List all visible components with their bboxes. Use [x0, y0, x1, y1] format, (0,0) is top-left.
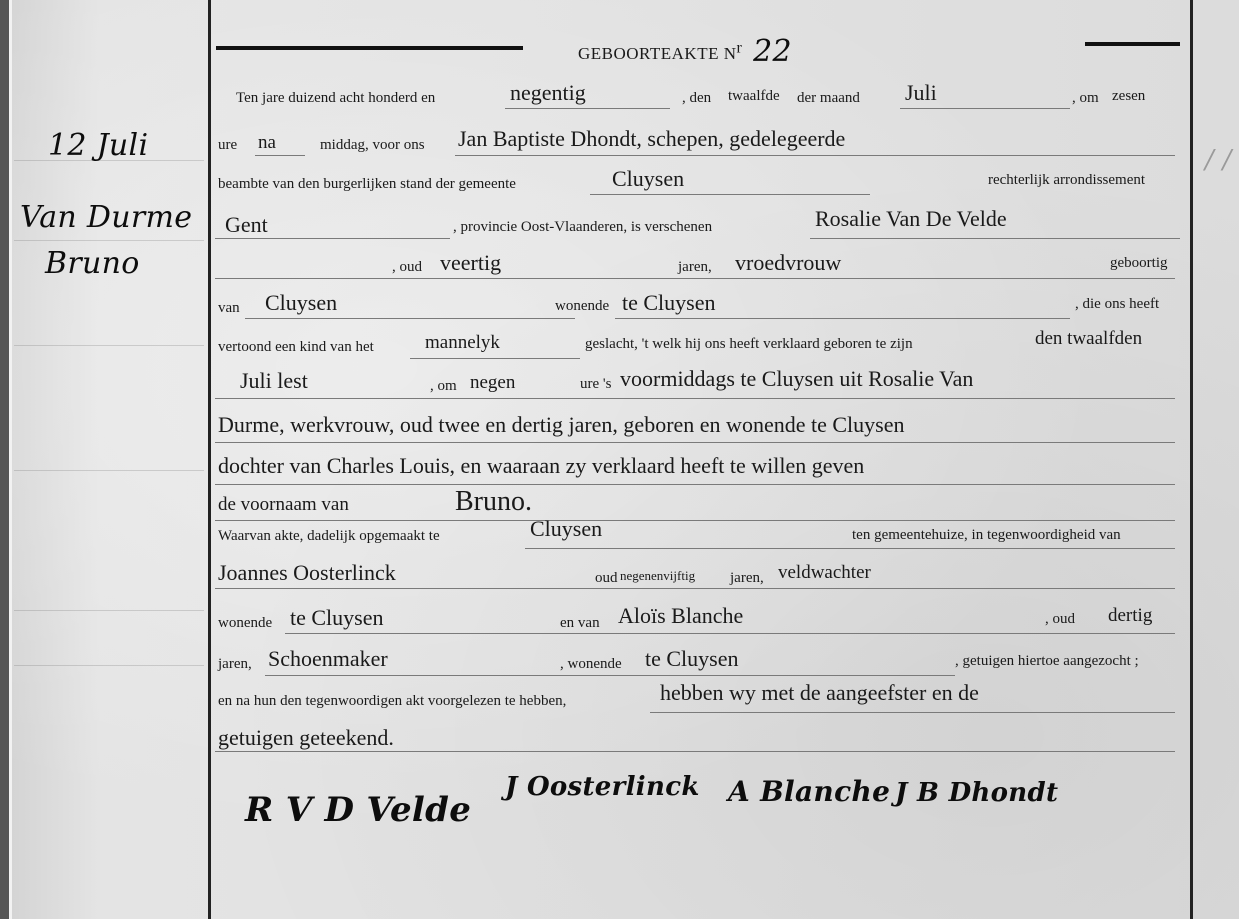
handwritten-arrondissement: Gent — [225, 212, 268, 238]
printed-text: geslacht, 't welk hij ons heeft verklaar… — [585, 336, 913, 353]
printed-text: rechterlijk arrondissement — [988, 172, 1145, 189]
handwritten-occupation: vroedvrouw — [735, 250, 841, 276]
printed-text: , die ons heeft — [1075, 296, 1159, 313]
printed-text: wonende — [555, 298, 609, 315]
printed-text: vertoond een kind van het — [218, 339, 374, 356]
margin-guide-line — [14, 470, 204, 471]
handwritten-witness2-name: Aloïs Blanche — [618, 603, 743, 629]
printed-text: jaren, — [678, 259, 712, 276]
handwritten-hour: zesen — [1112, 88, 1145, 105]
binding-edge — [0, 0, 9, 919]
title-label: GEBOORTEAKTE N — [578, 44, 737, 63]
handwritten-sex: mannelyk — [425, 332, 500, 354]
handwritten-day: twaalfde — [728, 88, 780, 105]
handwritten-witness2-age: dertig — [1108, 605, 1152, 627]
printed-text: , oud — [1045, 611, 1075, 628]
printed-text: , om — [1072, 90, 1099, 107]
handwritten-municipality: Cluysen — [612, 166, 684, 192]
printed-text: , wonende — [560, 656, 622, 673]
printed-text: , den — [682, 90, 711, 107]
margin-note-date: 12 Juli — [48, 128, 148, 163]
printed-text: , provincie Oost-Vlaanderen, is verschen… — [453, 219, 712, 236]
title-rule-right — [1085, 42, 1180, 46]
handwritten-given-name-label: de voornaam van — [218, 494, 349, 516]
handwritten-declarant: Rosalie Van De Velde — [815, 206, 1007, 232]
printed-text: , om — [430, 378, 457, 395]
act-number: 22 — [753, 34, 792, 69]
margin-note-first-name: Bruno — [45, 246, 140, 281]
handwritten-witness2-occupation: Schoenmaker — [268, 646, 388, 672]
handwritten-year: negentig — [510, 80, 586, 106]
handwritten-residence: te Cluysen — [622, 290, 716, 316]
printed-text: van — [218, 300, 240, 317]
binding-highlight — [9, 0, 12, 919]
printed-text: jaren, — [730, 570, 764, 587]
handwritten-birthplace: Cluysen — [265, 290, 337, 316]
stray-pencil-mark: / / — [1205, 145, 1232, 175]
handwritten-birth-details: voormiddags te Cluysen uit Rosalie Van — [620, 366, 973, 392]
handwritten-signing-end: getuigen geteekend. — [218, 725, 394, 751]
printed-text: Ten jare duizend acht honderd en — [236, 90, 435, 107]
handwritten-month: Juli — [905, 80, 937, 106]
handwritten-mother-details: Durme, werkvrouw, oud twee en dertig jar… — [218, 412, 904, 438]
handwritten-act-place: Cluysen — [530, 516, 602, 542]
printed-text: , oud — [392, 259, 422, 276]
printed-text: Waarvan akte, dadelijk opgemaakt te — [218, 528, 440, 545]
printed-text: en van — [560, 615, 600, 632]
handwritten-na: na — [258, 132, 276, 154]
printed-text: ten gemeentehuize, in tegenwoordigheid v… — [852, 527, 1121, 544]
title-rule-left — [216, 46, 523, 50]
title-number-sign: r — [737, 39, 743, 56]
printed-text: beambte van den burgerlijken stand der g… — [218, 176, 516, 193]
handwritten-birth-day: den twaalfden — [1035, 328, 1142, 350]
margin-guide-line — [14, 665, 204, 666]
register-page: 12 Juli Van Durme Bruno GEBOORTEAKTE Nr … — [0, 0, 1239, 919]
printed-text: jaren, — [218, 656, 252, 673]
signature-officer: J B Dhondt — [895, 778, 1058, 808]
printed-text: oud — [595, 570, 618, 587]
margin-divider-rule — [208, 0, 211, 919]
handwritten-parentage: dochter van Charles Louis, en waaraan zy… — [218, 453, 864, 479]
signature-witness1: J Oosterlinck — [505, 772, 700, 802]
handwritten-witness1-residence: te Cluysen — [290, 605, 384, 631]
printed-text: , getuigen hiertoe aangezocht ; — [955, 653, 1139, 670]
handwritten-declarant-age: veertig — [440, 250, 501, 276]
page-title: GEBOORTEAKTE Nr 22 — [578, 32, 792, 67]
handwritten-given-name: Bruno. — [455, 486, 532, 518]
printed-text: middag, voor ons — [320, 137, 425, 154]
printed-text: ure 's — [580, 376, 611, 393]
margin-guide-line — [14, 610, 204, 611]
handwritten-birth-month: Juli lest — [240, 368, 308, 394]
printed-text: geboortig — [1110, 255, 1168, 272]
margin-guide-line — [14, 240, 204, 241]
printed-text: wonende — [218, 615, 272, 632]
handwritten-witness1-occupation: veldwachter — [778, 562, 871, 584]
handwritten-officer: Jan Baptiste Dhondt, schepen, gedelegeer… — [458, 126, 845, 152]
handwritten-witness2-residence: te Cluysen — [645, 646, 739, 672]
margin-guide-line — [14, 345, 204, 346]
signature-declarant: R V D Velde — [245, 790, 471, 830]
handwritten-signing-clause: hebben wy met de aangeefster en de — [660, 680, 979, 706]
printed-text: en na hun den tegenwoordigen akt voorgel… — [218, 693, 566, 710]
signature-witness2: A Blanche — [728, 775, 890, 808]
handwritten-witness1-name: Joannes Oosterlinck — [218, 560, 396, 586]
right-border-rule — [1190, 0, 1193, 919]
margin-note-surname: Van Durme — [20, 200, 192, 235]
printed-text: ure — [218, 137, 237, 154]
handwritten-witness1-age: negenenvijftig — [620, 568, 695, 584]
handwritten-birth-hour: negen — [470, 372, 515, 394]
printed-text: der maand — [797, 90, 860, 107]
